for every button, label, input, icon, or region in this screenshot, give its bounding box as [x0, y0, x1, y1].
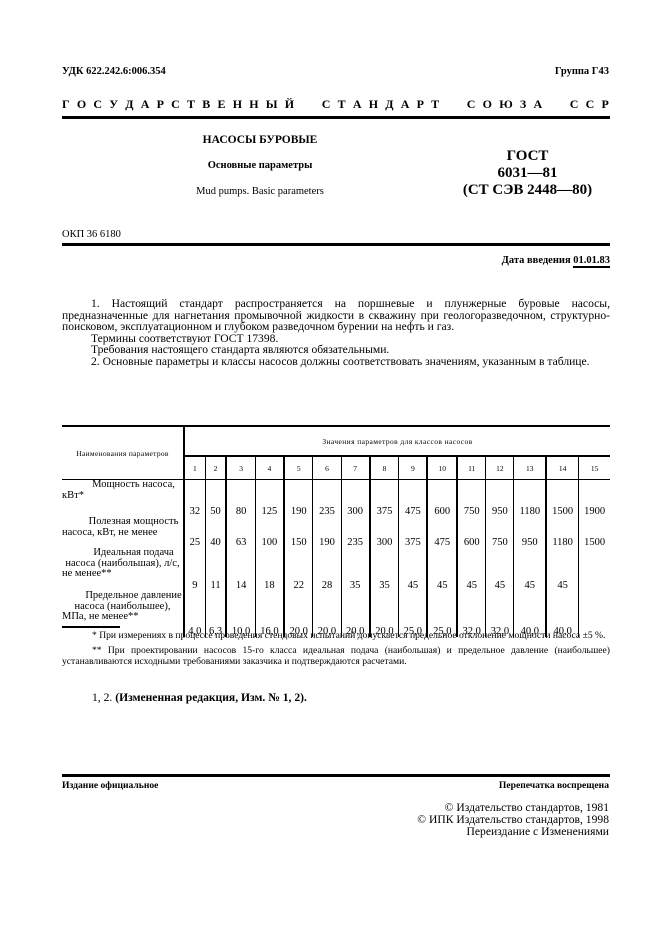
class-number-header: 10	[427, 456, 457, 480]
class-number-header: 13	[514, 456, 546, 480]
table-cell: 235	[313, 480, 341, 518]
group-code: Группа Г43	[555, 66, 609, 77]
paragraph: 2. Основные параметры и классы насосов д…	[62, 356, 610, 368]
table-cell: 375	[399, 517, 428, 548]
footnote-rule	[62, 626, 120, 628]
udk-code: УДК 622.242.6:006.354	[62, 66, 166, 77]
amendment-note: 1, 2. (Измененная редакция, Изм. № 1, 2)…	[92, 691, 307, 704]
table-cell: 300	[370, 517, 399, 548]
table-cell: 100	[255, 517, 284, 548]
table-cell: 32	[184, 480, 205, 518]
parameter-name-text: Идеальная подача насоса (наибольшая), л/…	[62, 547, 180, 579]
table-cell: 40	[205, 517, 226, 548]
class-number-header: 8	[370, 456, 399, 480]
table-cell: 190	[313, 517, 341, 548]
table-cell: 45	[399, 548, 428, 591]
table-cell: 25	[184, 517, 205, 548]
table-cell: 63	[226, 517, 255, 548]
footer-rule	[62, 774, 610, 777]
table-cell: 750	[457, 480, 486, 518]
parameter-name: Мощность насоса, кВт*	[62, 480, 184, 518]
table-cell: 300	[341, 480, 370, 518]
table-row: Идеальная подача насоса (наибольшая), л/…	[62, 548, 610, 591]
table-row: Мощность насоса, кВт*3250801251902353003…	[62, 480, 610, 518]
table-cell: 45	[486, 548, 514, 591]
table-cell: 80	[226, 480, 255, 518]
table-cell: 1500	[579, 517, 610, 548]
table-cell: 1900	[579, 480, 610, 518]
footnote: ** При проектировании насосов 15-го клас…	[62, 645, 610, 668]
parameters-table: Наименования параметров Значения парамет…	[62, 425, 610, 637]
class-number-header: 9	[399, 456, 428, 480]
amendment-prefix: 1, 2.	[92, 691, 112, 704]
class-number-header: 14	[546, 456, 579, 480]
parameter-name-text: Полезная мощность насоса, кВт, не менее	[62, 516, 178, 538]
table-cell: 45	[514, 548, 546, 591]
copyright: © Издательство стандартов, 1981 © ИПК Из…	[417, 802, 609, 838]
table-cell: 9	[184, 548, 205, 591]
table-cell: 150	[284, 517, 313, 548]
reprint-prohibited: Перепечатка воспрещена	[499, 780, 609, 791]
amendment-text: (Измененная редакция, Изм. № 1, 2).	[115, 691, 307, 704]
okp-code: ОКП 36 6180	[62, 229, 121, 240]
header-rule	[62, 116, 610, 119]
paragraph: 1. Настоящий стандарт распространяется н…	[62, 298, 610, 333]
gost-line: 6031—81	[445, 165, 610, 182]
table-cell: 50	[205, 480, 226, 518]
class-number-header: 7	[341, 456, 370, 480]
table-cell: 35	[341, 548, 370, 591]
class-number-header: 12	[486, 456, 514, 480]
okp-rule	[62, 243, 610, 246]
parameter-name: Полезная мощность насоса, кВт, не менее	[62, 517, 184, 548]
state-standard-heading: ГОСУДАРСТВЕННЫЙ СТАНДАРТ СОЮЗА ССР	[62, 97, 609, 112]
column-header-parameter-name: Наименования параметров	[62, 426, 184, 480]
table-cell: 45	[546, 548, 579, 591]
gost-designation: ГОСТ 6031—81 (СТ СЭВ 2448—80)	[445, 148, 610, 199]
document-title: НАСОСЫ БУРОВЫЕ	[150, 134, 370, 146]
copyright-line: Переиздание с Изменениями	[417, 826, 609, 838]
parameter-name-text: Предельное давление насоса (наибольшее),…	[62, 590, 182, 622]
table-cell: 1180	[546, 517, 579, 548]
intro-date: Дата введения 01.01.83	[502, 255, 610, 266]
table-cell	[579, 548, 610, 591]
table-cell: 18	[255, 548, 284, 591]
parameter-name-text: Мощность насоса, кВт*	[62, 479, 175, 501]
table-cell: 375	[370, 480, 399, 518]
table-cell: 475	[427, 517, 457, 548]
table-cell: 14	[226, 548, 255, 591]
class-number-header: 5	[284, 456, 313, 480]
gost-line: ГОСТ	[445, 148, 610, 165]
class-number-header: 3	[226, 456, 255, 480]
intro-date-label: Дата введения	[502, 255, 571, 266]
parameter-name: Идеальная подача насоса (наибольшая), л/…	[62, 548, 184, 591]
body-text: 1. Настоящий стандарт распространяется н…	[62, 298, 610, 368]
gost-line: (СТ СЭВ 2448—80)	[445, 182, 610, 199]
class-number-header: 6	[313, 456, 341, 480]
document-subtitle: Основные параметры	[150, 160, 370, 171]
table-cell: 235	[341, 517, 370, 548]
table-cell: 190	[284, 480, 313, 518]
table-cell: 1500	[546, 480, 579, 518]
table-cell: 750	[486, 517, 514, 548]
table-cell: 1180	[514, 480, 546, 518]
class-number-header: 15	[579, 456, 610, 480]
table-cell: 950	[486, 480, 514, 518]
table-cell: 22	[284, 548, 313, 591]
table-cell: 28	[313, 548, 341, 591]
table-cell: 600	[427, 480, 457, 518]
table-cell: 45	[457, 548, 486, 591]
footnotes: * При измерениях в процессе проведения с…	[62, 630, 610, 668]
document-title-english: Mud pumps. Basic parameters	[150, 186, 370, 197]
table-cell: 600	[457, 517, 486, 548]
table-cell: 475	[399, 480, 428, 518]
class-number-header: 11	[457, 456, 486, 480]
footnote: * При измерениях в процессе проведения с…	[62, 630, 610, 642]
table-cell: 125	[255, 480, 284, 518]
class-number-header: 2	[205, 456, 226, 480]
table-cell: 950	[514, 517, 546, 548]
official-edition: Издание официальное	[62, 780, 158, 791]
intro-date-value: 01.01.83	[573, 255, 610, 268]
column-header-class-values: Значения параметров для классов насосов	[184, 426, 610, 456]
table-row: Полезная мощность насоса, кВт, не менее2…	[62, 517, 610, 548]
table-cell: 11	[205, 548, 226, 591]
table-cell: 35	[370, 548, 399, 591]
class-number-header: 4	[255, 456, 284, 480]
class-number-header: 1	[184, 456, 205, 480]
table-cell: 45	[427, 548, 457, 591]
